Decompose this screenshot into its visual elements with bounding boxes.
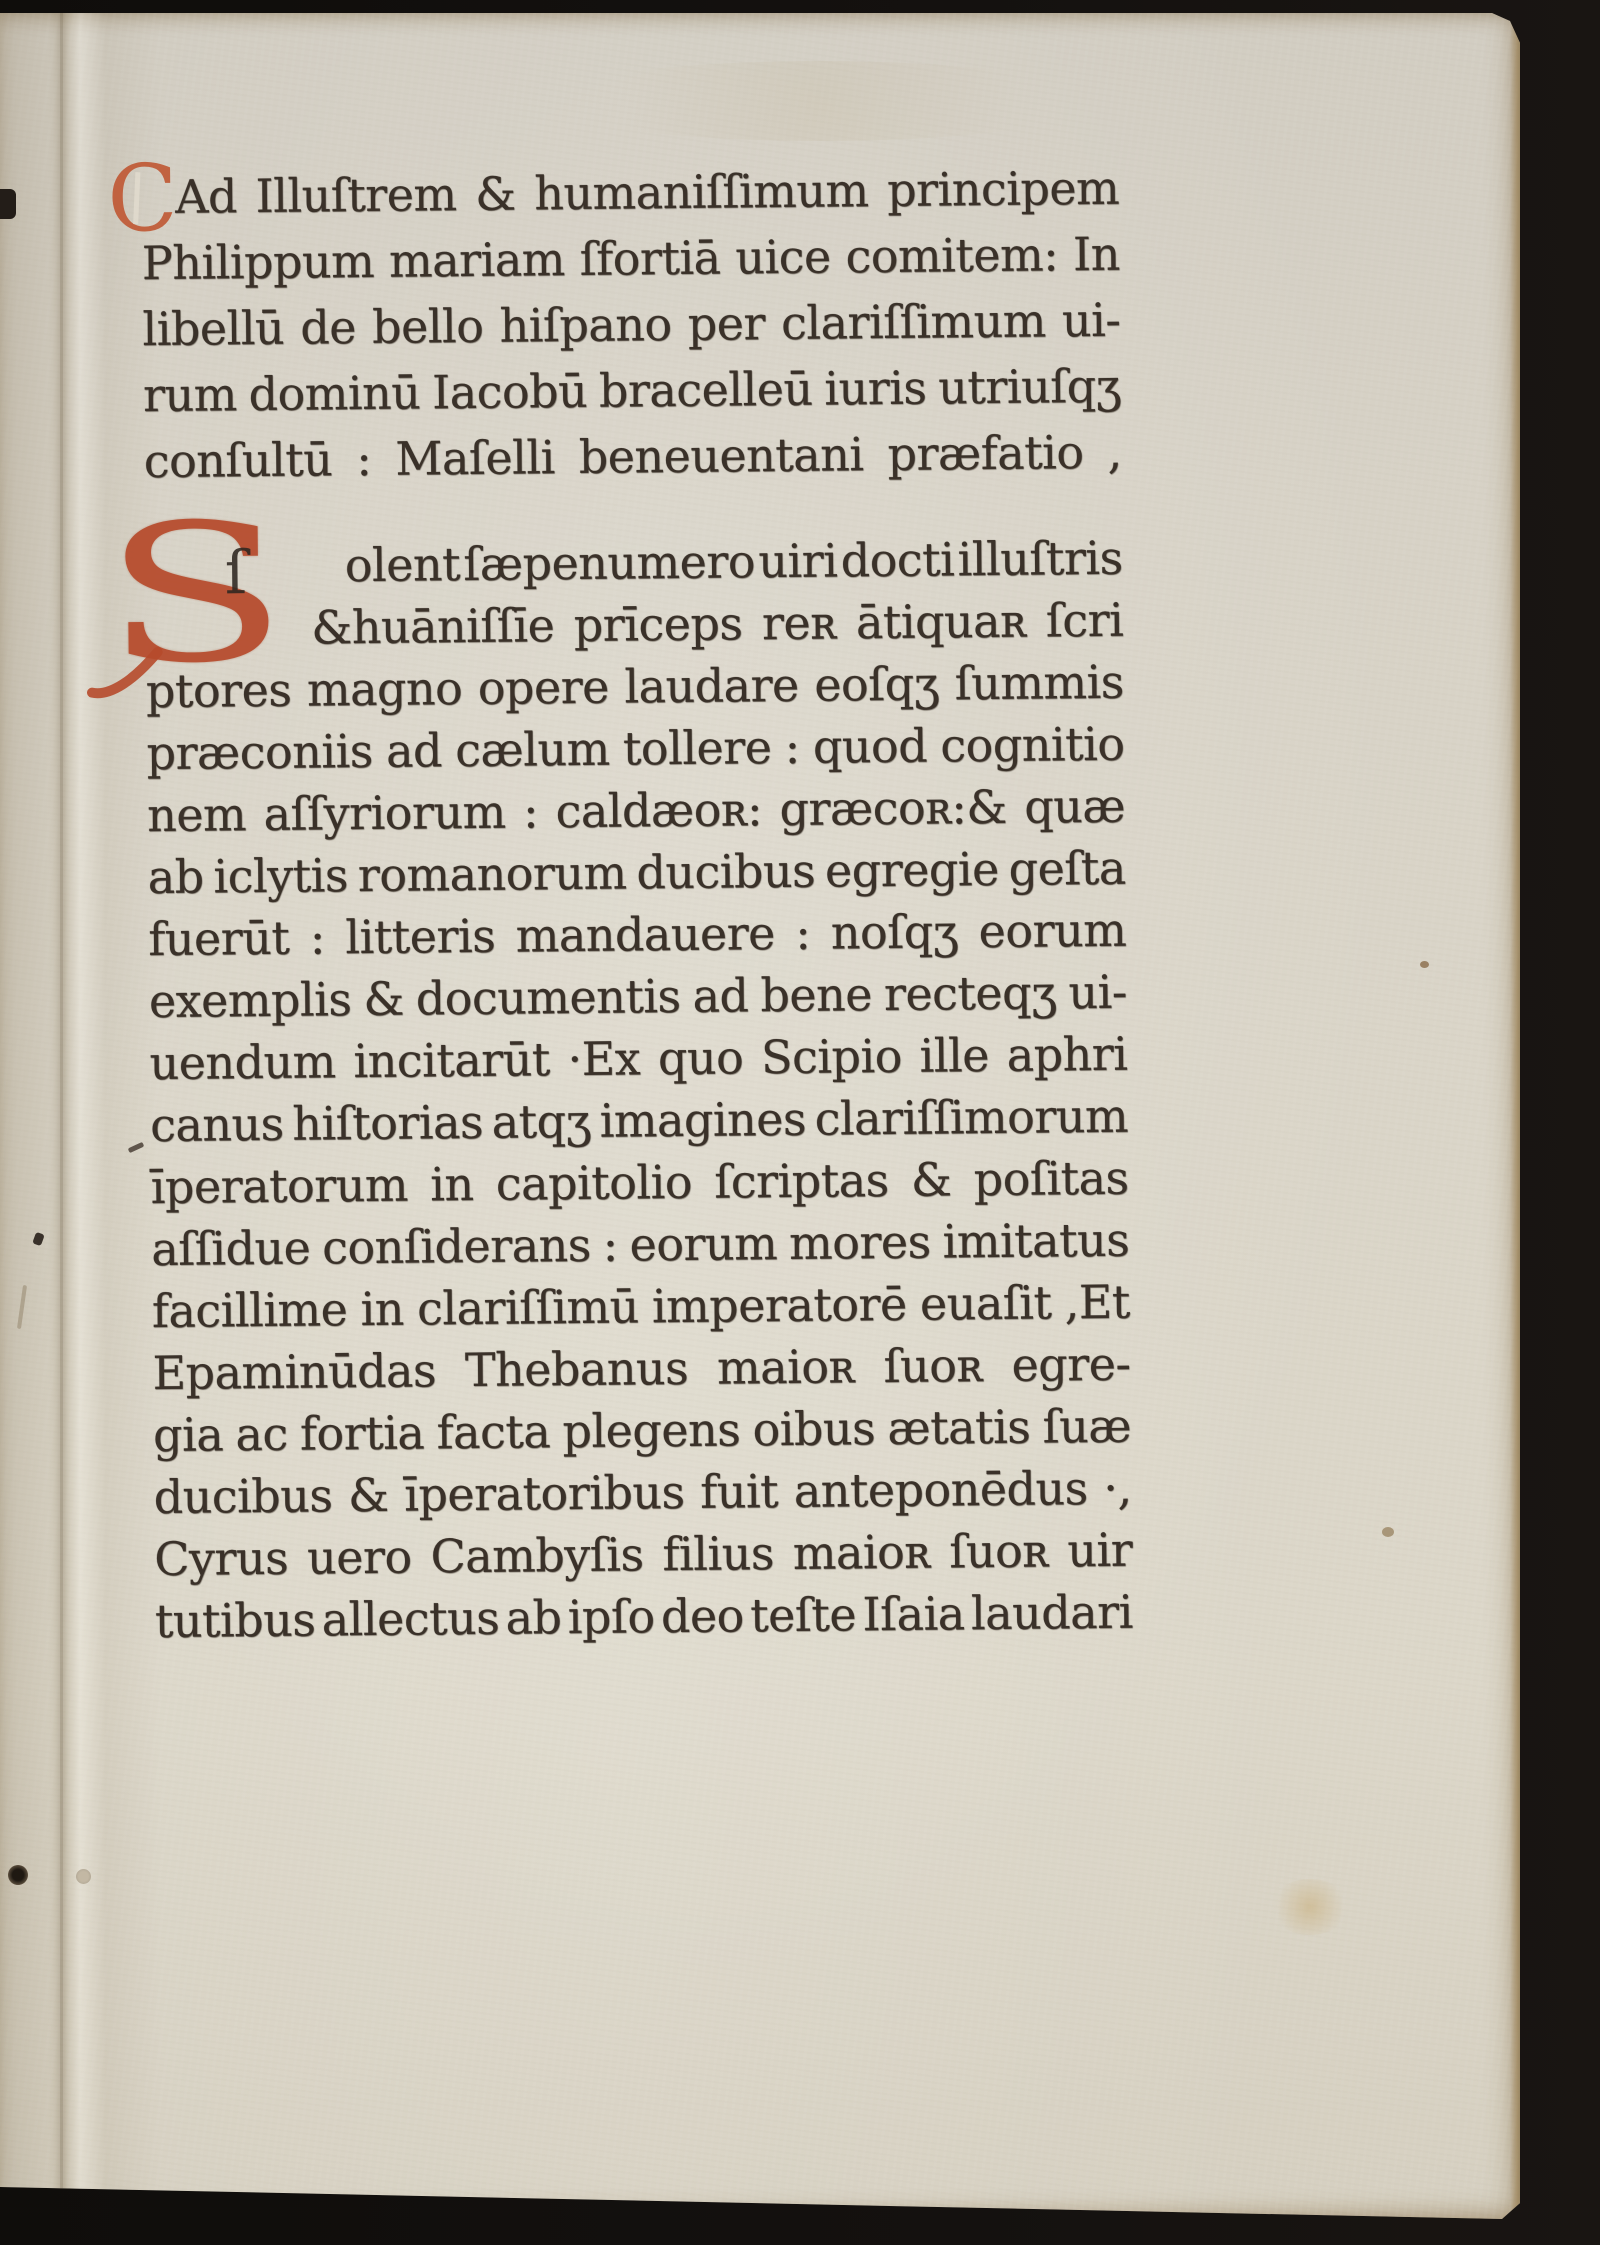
word: anteponēdus [793, 1457, 1088, 1522]
word: ui- [1068, 961, 1127, 1024]
word: & [475, 161, 516, 227]
word: ætatis [887, 1396, 1031, 1459]
word: opere [478, 656, 610, 719]
word: īperatoribus [404, 1461, 685, 1526]
word: oibus [752, 1397, 875, 1460]
word: ptores [146, 659, 292, 722]
word: litteris [345, 905, 496, 968]
word: poſitas [973, 1147, 1128, 1210]
word: bracelleū [599, 356, 813, 424]
word: clariſſimorum [814, 1085, 1128, 1150]
word: Cambyſis [430, 1523, 644, 1587]
word: fortia [300, 1401, 425, 1464]
word: cælum [455, 718, 610, 781]
word: cognitio [940, 713, 1125, 777]
body-line: ducibus&īperatoribusfuitanteponēdus·, [153, 1457, 1132, 1528]
printed-text-area: C AdIlluſtrem&humaniſſimumprincipem Phil… [0, 0, 1600, 2245]
word: Scipio [761, 1025, 902, 1088]
body-line: tutibusallectusabipſodeoteſteIſaialaudar… [155, 1581, 1134, 1652]
word: mariam [389, 226, 565, 294]
word: bello [372, 293, 484, 360]
word: Iſaia [862, 1582, 965, 1645]
header-line: rumdominūIacobūbracelleūiurisutriuſqʒ [143, 353, 1122, 428]
word: atqʒ [491, 1090, 591, 1153]
word: ſuoʀ [883, 1334, 983, 1397]
word: canus [150, 1093, 284, 1156]
word: mores [789, 1211, 931, 1274]
word: caldæoʀ: [555, 778, 762, 842]
body-line: giaacfortiafactaplegensoibusætatisſuæ [153, 1395, 1132, 1466]
word: ſcriptas [714, 1149, 889, 1213]
word: & [911, 1148, 952, 1210]
word: allectus [321, 1587, 499, 1651]
word: romanorum [358, 842, 627, 907]
word: : [602, 1214, 618, 1276]
body-line: fuerūt:litterismandauere:noſqʒeorum [148, 899, 1127, 970]
body-line: exemplis&documentisadbenerecteqʒui- [149, 961, 1128, 1032]
word: rum [143, 361, 237, 428]
body-line: ptoresmagnooperelaudareeoſqʒſummis [146, 651, 1125, 722]
word: docti [840, 528, 954, 591]
word: comitem: [845, 221, 1058, 289]
word: ab [505, 1586, 561, 1649]
word: exemplis [149, 968, 352, 1032]
word: noſqʒ [831, 900, 959, 963]
body-line: EpaminūdasThebanusmaioʀſuoʀegre- [152, 1333, 1131, 1404]
word: quod [813, 715, 928, 778]
word: olent [344, 533, 460, 596]
header-line: AdIlluſtrem&humaniſſimumprincipem [141, 155, 1120, 230]
word: ipſo [567, 1585, 654, 1648]
word: imitatus [942, 1209, 1129, 1273]
word: facta [436, 1400, 550, 1463]
word: uiri [758, 529, 838, 592]
word: Epaminūdas [152, 1339, 436, 1404]
word: laudari [971, 1581, 1133, 1645]
word: capitolio [496, 1151, 693, 1215]
word: uero [307, 1526, 412, 1589]
word: reʀ [762, 591, 837, 654]
word: : [795, 902, 811, 964]
word: tollere [623, 716, 772, 779]
word: eoſqʒ [814, 653, 939, 716]
word: in [360, 1278, 404, 1340]
word: in [430, 1153, 474, 1215]
word: īperatorum [150, 1154, 408, 1218]
word: teſte [750, 1583, 857, 1646]
word: ad [692, 964, 748, 1027]
word: conſiderans [322, 1214, 591, 1279]
word: ·Ex [567, 1027, 640, 1090]
photograph-backdrop: { "page": { "kind": "Incunabulum leaf — … [0, 0, 1600, 2245]
body-line: uendumincitarūt·ExquoScipioilleaphri [149, 1023, 1128, 1094]
header-line: conſultū:Maſellibeneuentanipræfatio, [143, 419, 1122, 494]
word: deo [661, 1584, 744, 1647]
word: hiſtorias [292, 1091, 483, 1155]
word: quæ [1024, 775, 1125, 838]
word: maioʀ [717, 1335, 855, 1398]
body-line: nemaſſyriorum:caldæoʀ:græcoʀ:&quæ [147, 775, 1126, 846]
body-line: olentſæpenumerouiridoctiilluſtris [145, 527, 1124, 598]
word: : [356, 426, 372, 492]
word: tutibus [155, 1589, 316, 1653]
word: ſcri [1046, 589, 1124, 652]
word: iclytis [213, 844, 348, 907]
word: euaſit [920, 1271, 1052, 1334]
word: illuſtris [957, 527, 1123, 591]
preface-body-text: olentſæpenumerouiridoctiilluſtris &huāni… [145, 527, 1134, 1652]
word: principem [887, 155, 1120, 223]
word: aphri [1006, 1023, 1127, 1086]
word: fuerūt [148, 907, 290, 970]
word: quo [658, 1026, 744, 1089]
word: plegens [562, 1398, 740, 1462]
word: magno [307, 657, 463, 720]
body-line: CyrusueroCambyſisfiliusmaioʀſuoʀuir [154, 1519, 1133, 1590]
word: Maſelli [395, 424, 555, 492]
word: : [784, 716, 800, 778]
word: imagines [599, 1088, 806, 1152]
word: ātiquaʀ [856, 590, 1027, 654]
word: Iacobū [432, 358, 588, 425]
word: recteqʒ [884, 961, 1057, 1025]
body-line: &huāniſſīeprīcepsreʀātiquaʀſcri [145, 589, 1124, 660]
word: : [523, 780, 539, 842]
word: aſſyriorum [263, 781, 506, 845]
word: hiſpano [499, 291, 672, 359]
word: eorum [978, 899, 1126, 962]
word: uice [735, 224, 831, 291]
word: incitarūt [353, 1028, 550, 1092]
word: In [1073, 221, 1120, 287]
word: & [348, 1464, 389, 1526]
word: ille [919, 1024, 989, 1087]
word: egre- [1011, 1333, 1131, 1396]
word: de [300, 294, 356, 361]
word: fuit [700, 1460, 778, 1523]
word: & [363, 968, 404, 1030]
word: laudare [624, 654, 799, 718]
word: Illuſtrem [255, 161, 457, 229]
word: : [310, 906, 326, 968]
word: ducibus [636, 840, 815, 904]
word: prīceps [574, 592, 743, 656]
word: imperatorē [652, 1273, 907, 1337]
word: utriuſqʒ [938, 353, 1122, 421]
word: documentis [416, 965, 681, 1030]
word: græcoʀ:& [779, 776, 1007, 840]
word: gia [153, 1403, 224, 1466]
word: aſſidue [151, 1217, 311, 1281]
word: ſæpenumero [463, 530, 755, 595]
word: Cyrus [154, 1527, 288, 1590]
body-line: canushiſtoriasatqʒimaginesclariſſimorum [150, 1085, 1129, 1156]
word: præconiis [146, 720, 373, 784]
word: Philippum [142, 228, 375, 296]
word: clariſſimum [781, 287, 1046, 356]
word: facillime [152, 1278, 348, 1342]
word: filius [662, 1522, 774, 1585]
dedication-header: AdIlluſtrem&humaniſſimumprincipem Philip… [141, 155, 1122, 494]
word: &huāniſſīe [311, 594, 555, 658]
word: ſfortiā [579, 225, 720, 292]
word: humaniſſimum [534, 157, 869, 226]
body-line: aſſidueconſiderans:eorummoresimitatus [151, 1209, 1130, 1280]
word: ſummis [954, 651, 1124, 715]
word: ·, [1103, 1457, 1132, 1519]
word: ſuoʀ [949, 1520, 1049, 1583]
word: Thebanus [465, 1337, 689, 1401]
word: ui- [1062, 287, 1121, 354]
word: geſta [1008, 837, 1126, 900]
word: maioʀ [793, 1521, 931, 1584]
word: , [1107, 419, 1122, 485]
header-line: libellūdebellohiſpanoperclariſſimumui- [142, 287, 1121, 362]
word: præfatio [887, 419, 1084, 487]
word: ſuæ [1042, 1395, 1131, 1458]
word: iuris [824, 355, 927, 422]
word: ab [147, 846, 203, 909]
body-line: præconiisadcælumtollere:quodcognitio [146, 713, 1125, 784]
word: nem [147, 783, 247, 846]
word: ducibus [153, 1464, 332, 1528]
word: Ad [175, 163, 237, 230]
word: beneuentani [578, 421, 863, 490]
word: per [687, 290, 765, 357]
word: eorum [629, 1212, 777, 1275]
word: clariſſimū [417, 1275, 639, 1339]
body-line: facillimeinclariſſimūimperatorēeuaſit,Et [152, 1271, 1131, 1342]
word: mandauere [515, 902, 775, 966]
body-line: abiclytisromanorumducibusegregiegeſta [147, 837, 1126, 908]
word: ad [386, 719, 442, 782]
word: bene [760, 963, 872, 1026]
word: ,Et [1064, 1271, 1130, 1334]
word: egregie [825, 838, 999, 902]
word: uir [1067, 1519, 1132, 1582]
word: libellū [142, 295, 284, 362]
word: ac [235, 1403, 288, 1465]
header-line: Philippummariamſfortiāuicecomitem:In [142, 221, 1121, 296]
body-line: īperatorumincapitolioſcriptas&poſitas [150, 1147, 1129, 1218]
word: dominū [248, 359, 420, 427]
word: uendum [149, 1030, 336, 1094]
